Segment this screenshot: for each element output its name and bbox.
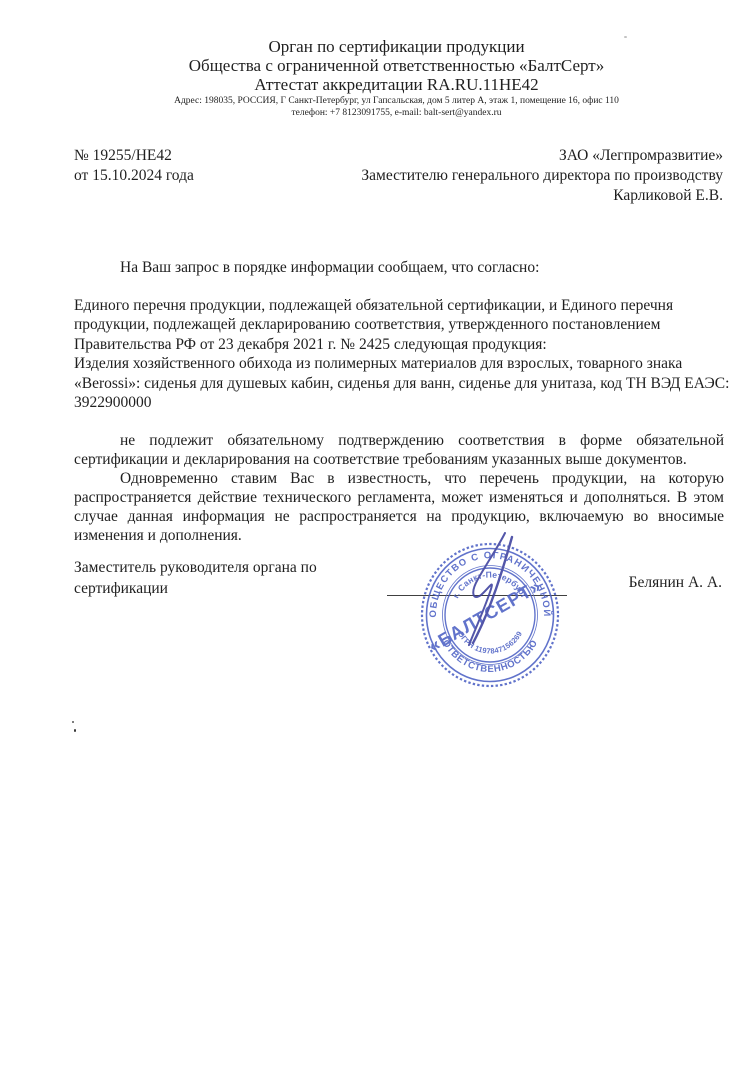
reference-block: № 19255/НЕ42 от 15.10.2024 года [74, 146, 194, 186]
signer-position: Заместитель руководителя органа по серти… [74, 557, 317, 599]
company-stamp: ОБЩЕСТВО С ОГРАНИЧЕННОЙ ОТВЕТСТВЕННОСТЬЮ… [411, 529, 569, 699]
scan-speck [72, 721, 74, 723]
scan-speck [74, 729, 76, 732]
paragraphs-justified: не подлежит обязательному подтверждению … [74, 431, 724, 545]
scanned-letter-page: Орган по сертификации продукции Общества… [0, 0, 753, 1069]
org-name-line2: Общества с ограниченной ответственностью… [40, 56, 753, 75]
paragraph-basis: Единого перечня продукции, подлежащей об… [74, 296, 734, 412]
recipient-block: ЗАО «Легпромразвитие» Заместителю генера… [361, 146, 723, 206]
letter-date: от 15.10.2024 года [74, 166, 194, 186]
scan-speck [624, 36, 627, 38]
letter-number: № 19255/НЕ42 [74, 146, 194, 166]
paragraph-intro: На Ваш запрос в порядке информации сообщ… [74, 258, 724, 277]
letterhead: Орган по сертификации продукции Общества… [40, 37, 753, 119]
org-address: Адрес: 198035, РОССИЯ, Г Санкт-Петербург… [40, 96, 753, 108]
stamp-svg: ОБЩЕСТВО С ОГРАНИЧЕННОЙ ОТВЕТСТВЕННОСТЬЮ… [411, 529, 569, 699]
org-contacts: телефон: +7 8123091755, e-mail: balt-ser… [40, 108, 753, 120]
signer-name: Белянин А. А. [629, 574, 722, 592]
org-name-line1: Орган по сертификации продукции [40, 37, 753, 56]
paragraph-conclusion: не подлежит обязательному подтверждению … [74, 431, 724, 469]
accreditation-line: Аттестат аккредитации RA.RU.11НЕ42 [40, 75, 753, 94]
paragraph-note: Одновременно ставим Вас в известность, ч… [74, 469, 724, 545]
